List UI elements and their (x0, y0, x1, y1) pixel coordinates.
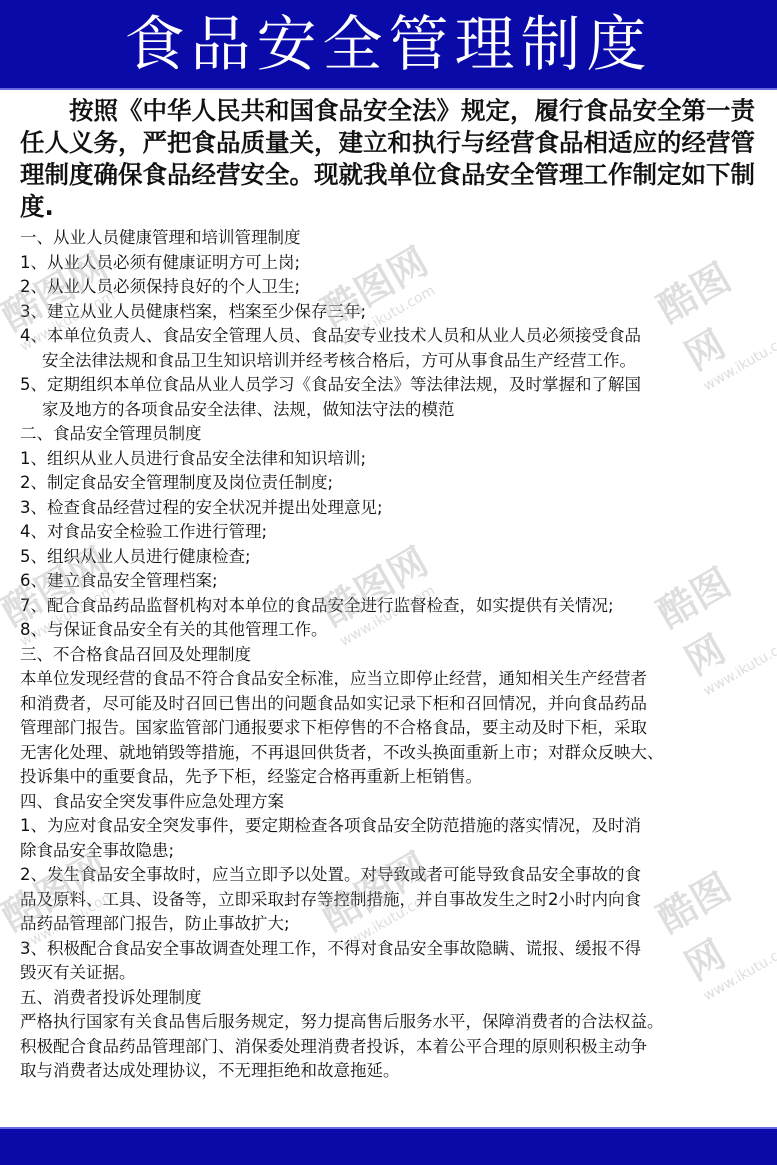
list-item: 6、建立食品安全管理档案; (20, 569, 765, 594)
paragraph-line: 取与消费者达成处理协议，不无理拒绝和故意拖延。 (20, 1059, 765, 1084)
section-heading: 一、从业人员健康管理和培训管理制度 (20, 226, 765, 251)
paragraph-line: 投诉集中的重要食品，先予下柜，经鉴定合格再重新上柜销售。 (20, 765, 765, 790)
list-item: 1、为应对食品安全突发事件，要定期检查各项食品安全防范措施的落实情况，及时消 (20, 814, 765, 839)
intro-paragraph: 按照《中华人民共和国食品安全法》规定，履行食品安全第一责任人义务，严把食品质量关… (20, 95, 760, 223)
paragraph-line: 本单位发现经营的食品不符合食品安全标准，应当立即停止经营，通知相关生产经营者 (20, 667, 765, 692)
list-item: 2、从业人员必须保持良好的个人卫生; (20, 275, 765, 300)
list-item: 2、发生食品安全事故时，应当立即予以处置。对导致或者可能导致食品安全事故的食 (20, 863, 765, 888)
section-heading: 四、食品安全突发事件应急处理方案 (20, 790, 765, 815)
document-body: 一、从业人员健康管理和培训管理制度 1、从业人员必须有健康证明方可上岗; 2、从… (20, 226, 765, 1084)
list-item-continuation: 家及地方的各项食品安全法律、法规，做知法守法的模范 (20, 398, 765, 423)
section-heading: 五、消费者投诉处理制度 (20, 986, 765, 1011)
footer-banner (0, 1127, 777, 1165)
list-item: 1、组织从业人员进行食品安全法律和知识培训; (20, 447, 765, 472)
list-item: 3、检查食品经营过程的安全状况并提出处理意见; (20, 496, 765, 521)
intro-text: 按照《中华人民共和国食品安全法》规定，履行食品安全第一责任人义务，严把食品质量关… (20, 95, 760, 223)
list-item: 8、与保证食品安全有关的其他管理工作。 (20, 618, 765, 643)
list-item-continuation: 安全法律法规和食品卫生知识培训并经考核合格后，方可从事食品生产经营工作。 (20, 349, 765, 374)
list-item: 1、从业人员必须有健康证明方可上岗; (20, 251, 765, 276)
section-heading: 二、食品安全管理员制度 (20, 422, 765, 447)
list-item: 3、积极配合食品安全事故调查处理工作，不得对食品安全事故隐瞒、谎报、缓报不得 (20, 937, 765, 962)
list-item-continuation: 毁灭有关证据。 (20, 961, 765, 986)
title-banner: 食品安全管理制度 (0, 0, 777, 90)
paragraph-line: 积极配合食品药品管理部门、消保委处理消费者投诉，本着公平合理的原则积极主动争 (20, 1035, 765, 1060)
list-item: 4、对食品安全检验工作进行管理; (20, 520, 765, 545)
paragraph-line: 管理部门报告。国家监管部门通报要求下柜停售的不合格食品，要主动及时下柜，采取 (20, 716, 765, 741)
paragraph-line: 无害化处理、就地销毁等措施，不再退回供货者，不改头换面重新上市；对群众反映大、 (20, 741, 765, 766)
list-item: 7、配合食品药品监督机构对本单位的食品安全进行监督检查，如实提供有关情况; (20, 594, 765, 619)
list-item: 5、组织从业人员进行健康检查; (20, 545, 765, 570)
paragraph-line: 严格执行国家有关食品售后服务规定，努力提高售后服务水平，保障消费者的合法权益。 (20, 1010, 765, 1035)
list-item: 4、本单位负责人、食品安全管理人员、食品安专业技术人员和从业人员必须接受食品 (20, 324, 765, 349)
list-item: 3、建立从业人员健康档案，档案至少保存三年; (20, 300, 765, 325)
list-item-continuation: 品药品管理部门报告，防止事故扩大; (20, 912, 765, 937)
list-item-continuation: 品及原料、工具、设备等，立即采取封存等控制措施，并自事故发生之时2小时内向食 (20, 888, 765, 913)
list-item-continuation: 除食品安全事故隐患; (20, 839, 765, 864)
paragraph-line: 和消费者，尽可能及时召回已售出的问题食品如实记录下柜和召回情况，并向食品药品 (20, 692, 765, 717)
list-item: 5、定期组织本单位食品从业人员学习《食品安全法》等法律法规，及时掌握和了解国 (20, 373, 765, 398)
section-heading: 三、不合格食品召回及处理制度 (20, 643, 765, 668)
list-item: 2、制定食品安全管理制度及岗位责任制度; (20, 471, 765, 496)
page-title: 食品安全管理制度 (0, 10, 777, 80)
